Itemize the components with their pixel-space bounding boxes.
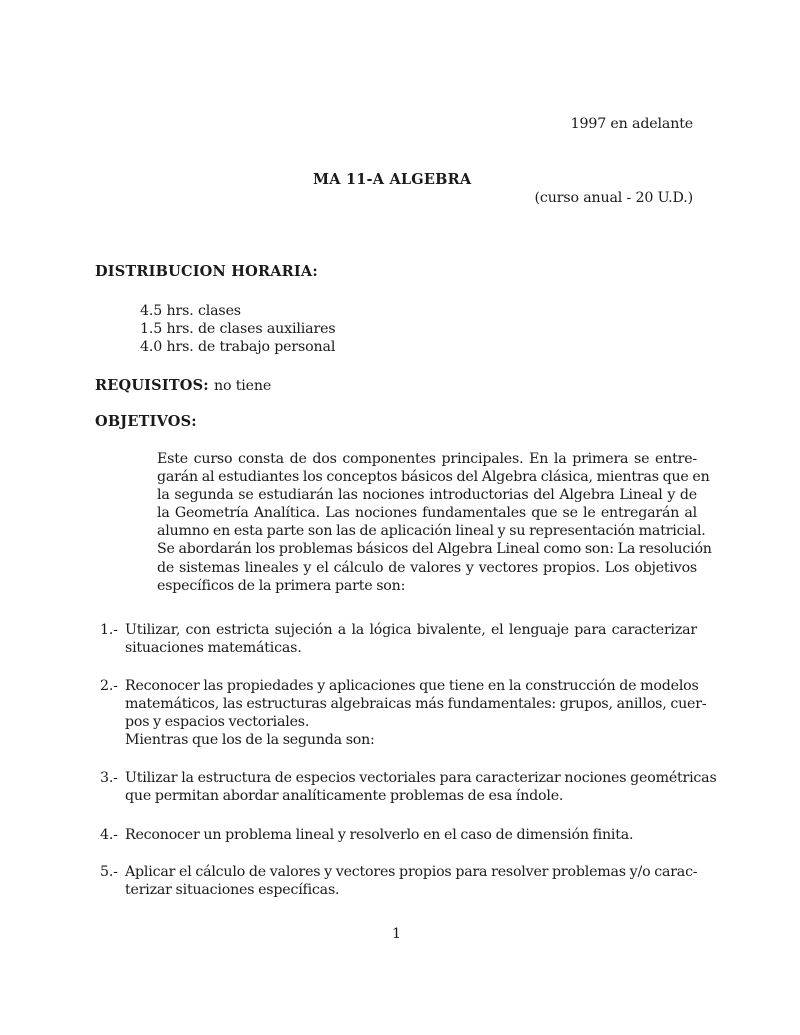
page-number: 1 xyxy=(392,926,401,942)
item-line: matemáticos, las estructuras algebraicas… xyxy=(125,695,697,713)
paragraph-line: alumno en esta parte son las de aplicaci… xyxy=(157,522,697,540)
item-line: Mientras que los de la segunda son: xyxy=(125,731,697,749)
paragraph-line: Este curso consta de dos componentes pri… xyxy=(157,450,697,468)
item-body: Utilizar, con estricta sujeción a la lóg… xyxy=(125,621,697,657)
item-line: situaciones matemáticas. xyxy=(125,639,697,657)
item-line: Utilizar, con estricta sujeción a la lóg… xyxy=(125,621,697,639)
paragraph-line: específicos de la primera parte son: xyxy=(157,577,697,595)
item-line: pos y espacios vectoriales. xyxy=(125,713,697,731)
item-number: 5.- xyxy=(100,863,118,881)
item-line: terizar situaciones específicas. xyxy=(125,881,697,899)
item-number: 2.- xyxy=(100,677,118,695)
item-body: Utilizar la estructura de especios vecto… xyxy=(125,769,697,805)
item-body: Reconocer las propiedades y aplicaciones… xyxy=(125,677,697,749)
paragraph-line: la Geometría Analítica. Las nociones fun… xyxy=(157,504,697,522)
requisitos-line: REQUISITOS: no tiene xyxy=(95,375,271,394)
item-line: Utilizar la estructura de especios vecto… xyxy=(125,769,697,787)
date-note: 1997 en adelante xyxy=(571,116,693,132)
distribucion-heading: DISTRIBUCION HORARIA: xyxy=(95,263,318,280)
item-line: Aplicar el cálculo de valores y vectores… xyxy=(125,863,697,881)
paragraph-line: la segunda se estudiarán las nociones in… xyxy=(157,486,697,504)
item-number: 1.- xyxy=(100,621,118,639)
hours-item: 1.5 hrs. de clases auxiliares xyxy=(140,320,335,338)
requisitos-value: no tiene xyxy=(214,378,271,394)
hours-item: 4.0 hrs. de trabajo personal xyxy=(140,338,335,356)
paragraph-line: garán al estudiantes los conceptos básic… xyxy=(157,468,697,486)
objetivos-intro-paragraph: Este curso consta de dos componentes pri… xyxy=(157,450,697,595)
hours-list: 4.5 hrs. clases 1.5 hrs. de clases auxil… xyxy=(140,302,335,356)
document-page: 1997 en adelante MA 11-A ALGEBRA (curso … xyxy=(0,0,800,1035)
item-line: Reconocer las propiedades y aplicaciones… xyxy=(125,677,697,695)
item-number: 4.- xyxy=(100,826,118,844)
paragraph-line: Se abordarán los problemas básicos del A… xyxy=(157,540,697,558)
paragraph-line: de sistemas lineales y el cálculo de val… xyxy=(157,559,697,577)
item-body: Reconocer un problema lineal y resolverl… xyxy=(125,826,697,844)
item-body: Aplicar el cálculo de valores y vectores… xyxy=(125,863,697,899)
hours-item: 4.5 hrs. clases xyxy=(140,302,335,320)
course-subtitle: (curso anual - 20 U.D.) xyxy=(535,190,693,206)
objetivos-heading: OBJETIVOS: xyxy=(95,413,197,430)
course-title: MA 11-A ALGEBRA xyxy=(313,171,471,188)
requisitos-label: REQUISITOS: xyxy=(95,377,209,394)
item-line: que permitan abordar analíticamente prob… xyxy=(125,787,697,805)
item-number: 3.- xyxy=(100,769,118,787)
item-line: Reconocer un problema lineal y resolverl… xyxy=(125,826,697,844)
